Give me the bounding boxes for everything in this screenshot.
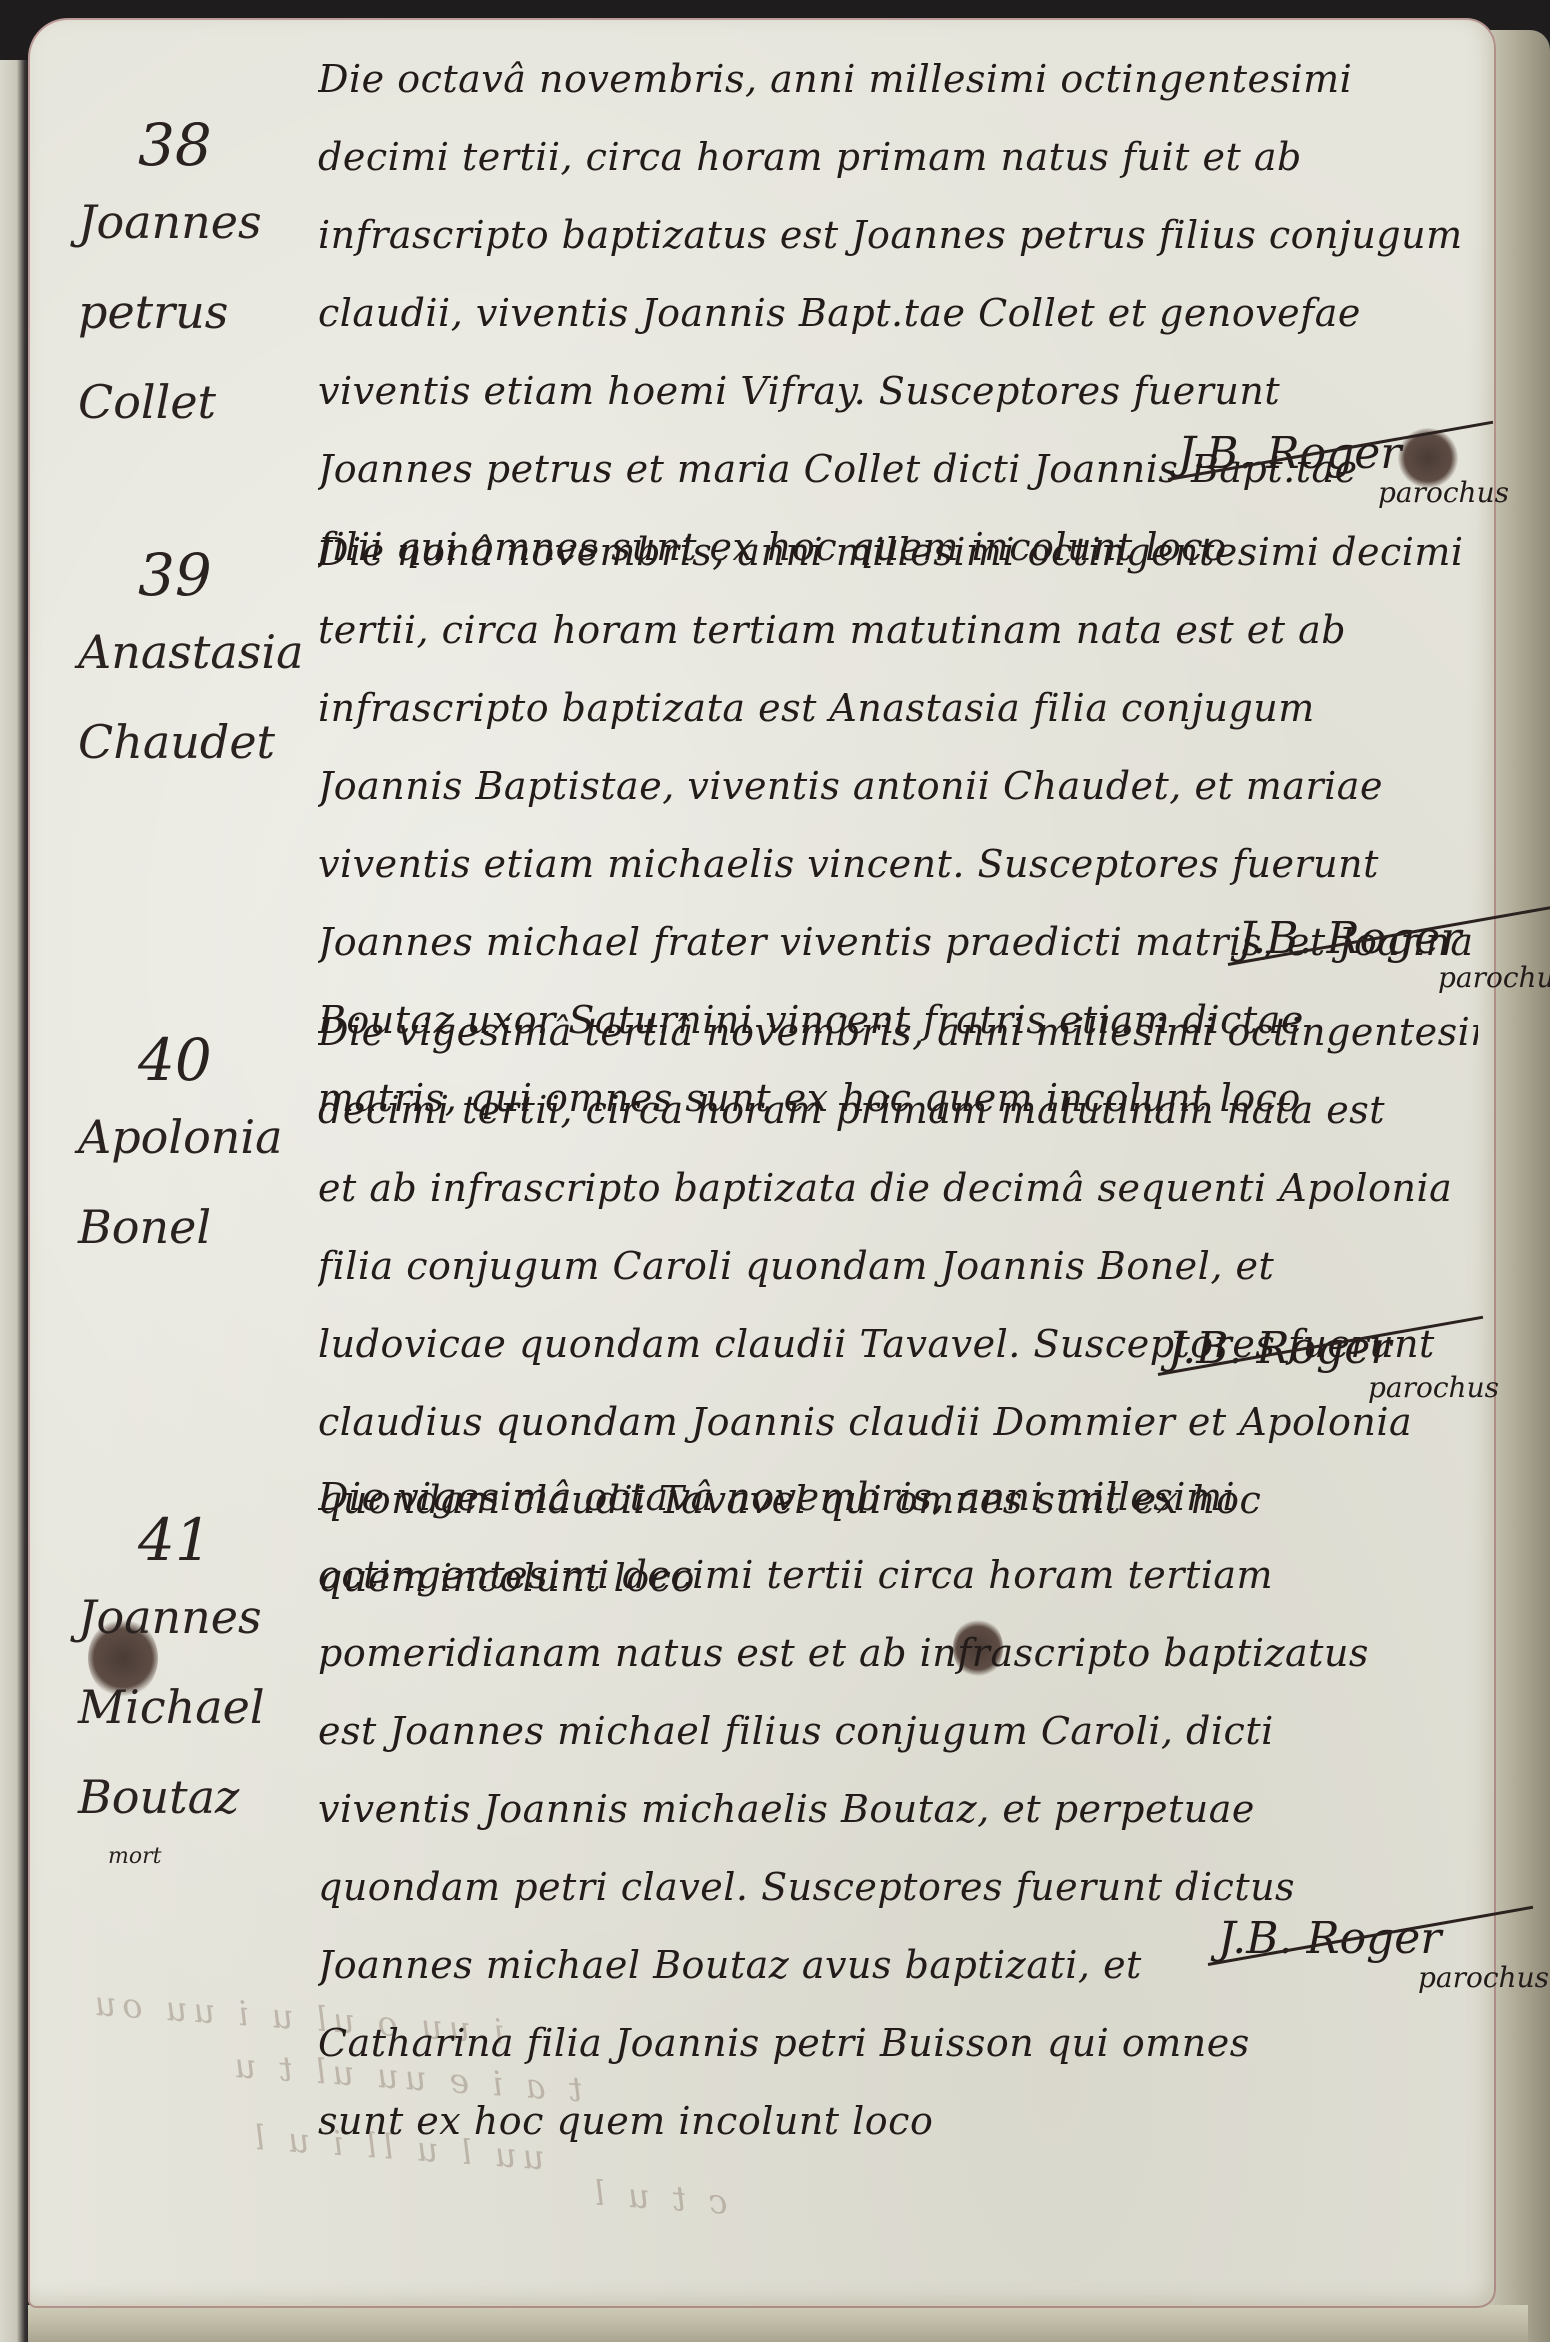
text-line: claudii, viventis Joannis Bapt.tae Colle… [318,274,1478,352]
entry-margin: 39 Anastasia Chaudet [68,543,318,787]
text-line: decimi tertii, circa horam primam natus … [318,118,1478,196]
signature-role: parochus [1438,961,1550,994]
text-line: tertii, circa horam tertiam matutinam na… [318,591,1478,669]
margin-name-line: Joannes [68,1572,318,1662]
page-stack-edge-bottom [28,2305,1528,2342]
text-line: Die vigesimâ octavâ novembris, anni mill… [318,1458,1478,1536]
text-line: claudius quondam Joannis claudii Dommier… [318,1383,1478,1461]
text-line: est Joannes michael filius conjugum Caro… [318,1692,1478,1770]
margin-name-line: Michael [68,1662,318,1752]
margin-name-line: Chaudet [68,697,318,787]
text-line: viventis etiam hoemi Vifray. Susceptores… [318,352,1478,430]
text-line: decimi tertii, circa horam primam matuti… [318,1071,1478,1149]
margin-name-line: Joannes [68,177,318,267]
text-line: infrascripto baptizatus est Joannes petr… [318,196,1478,274]
text-line: Die octavâ novembris, anni millesimi oct… [318,40,1478,118]
priest-signature: J.B. Roger parochus [1238,913,1461,964]
margin-name-line: Boutaz [68,1752,318,1842]
priest-signature: J.B. Roger parochus [1218,1913,1441,1964]
entry-number: 38 [68,113,318,177]
entry-text: Die octavâ novembris, anni millesimi oct… [318,40,1478,586]
margin-name-line: Bonel [68,1182,318,1272]
entry-number: 41 [68,1508,318,1572]
text-line: Joannis Baptistae, viventis antonii Chau… [318,747,1478,825]
margin-name-line: Anastasia [68,607,318,697]
margin-name-line: Collet [68,357,318,447]
signature-role: parochus [1418,1961,1549,1994]
priest-signature: J.B. Roger parochus [1178,428,1401,479]
text-line: infrascripto baptizata est Anastasia fil… [318,669,1478,747]
entry-margin: 38 Joannes petrus Collet [68,113,318,447]
signature-role: parochus [1368,1371,1499,1404]
entry-number: 40 [68,1028,318,1092]
text-line: octingentesimi decimi tertii circa horam… [318,1536,1478,1614]
text-line: filia conjugum Caroli quondam Joannis Bo… [318,1227,1478,1305]
text-line: Catharina filia Joannis petri Buisson qu… [318,2004,1478,2082]
register-page: i uu o ul u i uu ou t a i e uu ul t u uu… [28,18,1496,2308]
text-line: viventis etiam michaelis vincent. Suscep… [318,825,1478,903]
margin-note: mort [68,1842,318,1872]
text-line: et ab infrascripto baptizata die decimâ … [318,1149,1478,1227]
priest-signature: J.B. Roger parochus [1168,1323,1391,1374]
text-line: Die vigesimâ tertiâ novembris, anni mill… [318,993,1478,1071]
entry-margin: 40 Apolonia Bonel [68,1028,318,1272]
margin-name-line: Apolonia [68,1092,318,1182]
adjacent-page-edge [0,60,28,2342]
entry-number: 39 [68,543,318,607]
text-line: viventis Joannis michaelis Boutaz, et pe… [318,1770,1478,1848]
entry-text: Die vigesimâ octavâ novembris, anni mill… [318,1458,1478,2160]
text-line: Die nonâ novembris, anni millesimi octin… [318,513,1478,591]
margin-name-line: petrus [68,267,318,357]
text-line: sunt ex hoc quem incolunt loco [318,2082,1478,2160]
text-line: pomeridianam natus est et ab infrascript… [318,1614,1478,1692]
entry-margin: 41 Joannes Michael Boutaz mort [68,1508,318,1872]
bleed-through-text: c t u l [587,2173,729,2223]
signature-role: parochus [1378,476,1509,509]
